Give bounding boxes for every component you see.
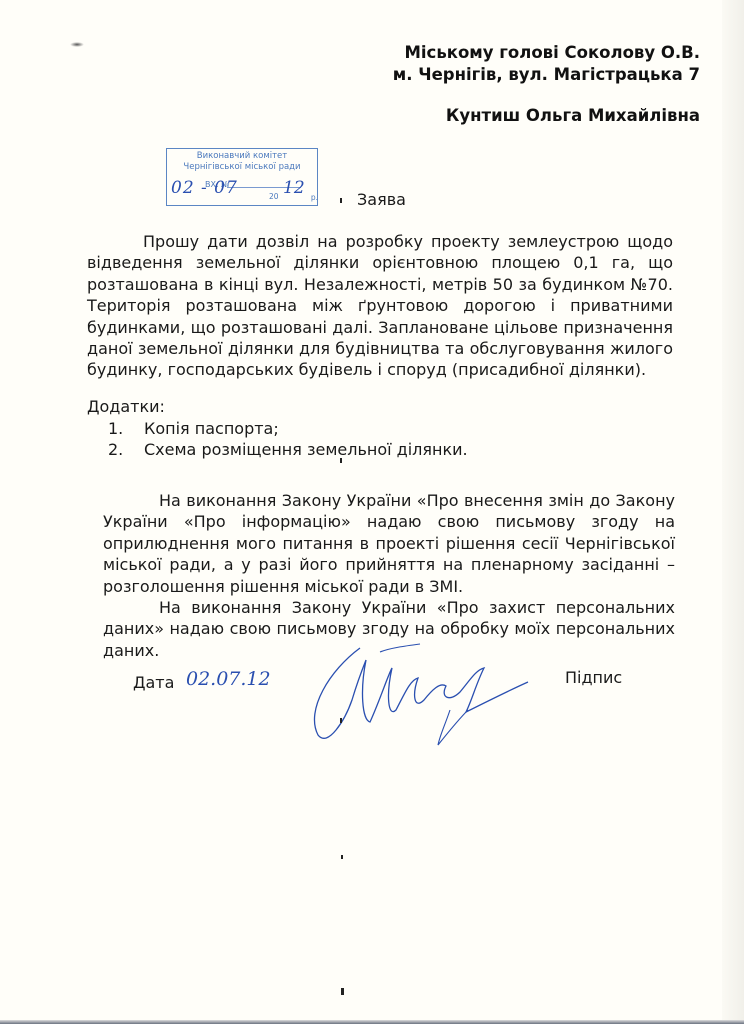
addressee-address: м. Чернігів, вул. Магістрацька 7 [393, 64, 700, 86]
applicant-name: Кунтиш Ольга Михайлівна [446, 106, 700, 125]
stamp-handwritten-date: 02 - 07 [171, 183, 238, 194]
signature-label: Підпис [565, 668, 622, 687]
scan-artifact [70, 42, 84, 47]
annex-item: 1. Копія паспорта; [108, 418, 468, 439]
request-paragraph: Прошу дати дозвіл на розробку проекту зе… [87, 231, 673, 381]
stamp-handwritten-year: 12 [283, 183, 305, 194]
annex-list: 1. Копія паспорта; 2. Схема розміщення з… [108, 418, 468, 461]
scan-speck [340, 198, 342, 203]
addressee-name: Міському голові Соколову О.В. [393, 42, 700, 64]
scan-bottom-edge [0, 1020, 744, 1024]
registration-stamp: Виконавчий комітет Чернігівської міської… [166, 148, 318, 206]
stamp-line-2: Чернігівської міської ради [167, 162, 317, 173]
stamp-year-prefix: 20 [269, 191, 279, 202]
addressee-block: Міському голові Соколову О.В. м. Чернігі… [393, 42, 700, 86]
scan-speck [340, 458, 342, 463]
stamp-year-suffix: р. [311, 192, 318, 203]
annex-item: 2. Схема розміщення земельної ділянки. [108, 439, 468, 460]
consent-information-paragraph: На виконання Закону України «Про внесенн… [103, 490, 675, 597]
scan-edge-shadow [722, 0, 744, 1024]
document-title: Заява [357, 190, 406, 209]
scanned-page: Міському голові Соколову О.В. м. Чернігі… [0, 0, 744, 1024]
annex-heading: Додатки: [87, 397, 165, 416]
scan-speck [340, 718, 342, 723]
handwritten-signature [300, 640, 530, 750]
scan-speck [341, 855, 343, 859]
handwritten-date: 02.07.12 [186, 668, 271, 690]
date-label: Дата [133, 673, 174, 692]
scan-speck [341, 988, 344, 995]
stamp-line-1: Виконавчий комітет [167, 151, 317, 162]
